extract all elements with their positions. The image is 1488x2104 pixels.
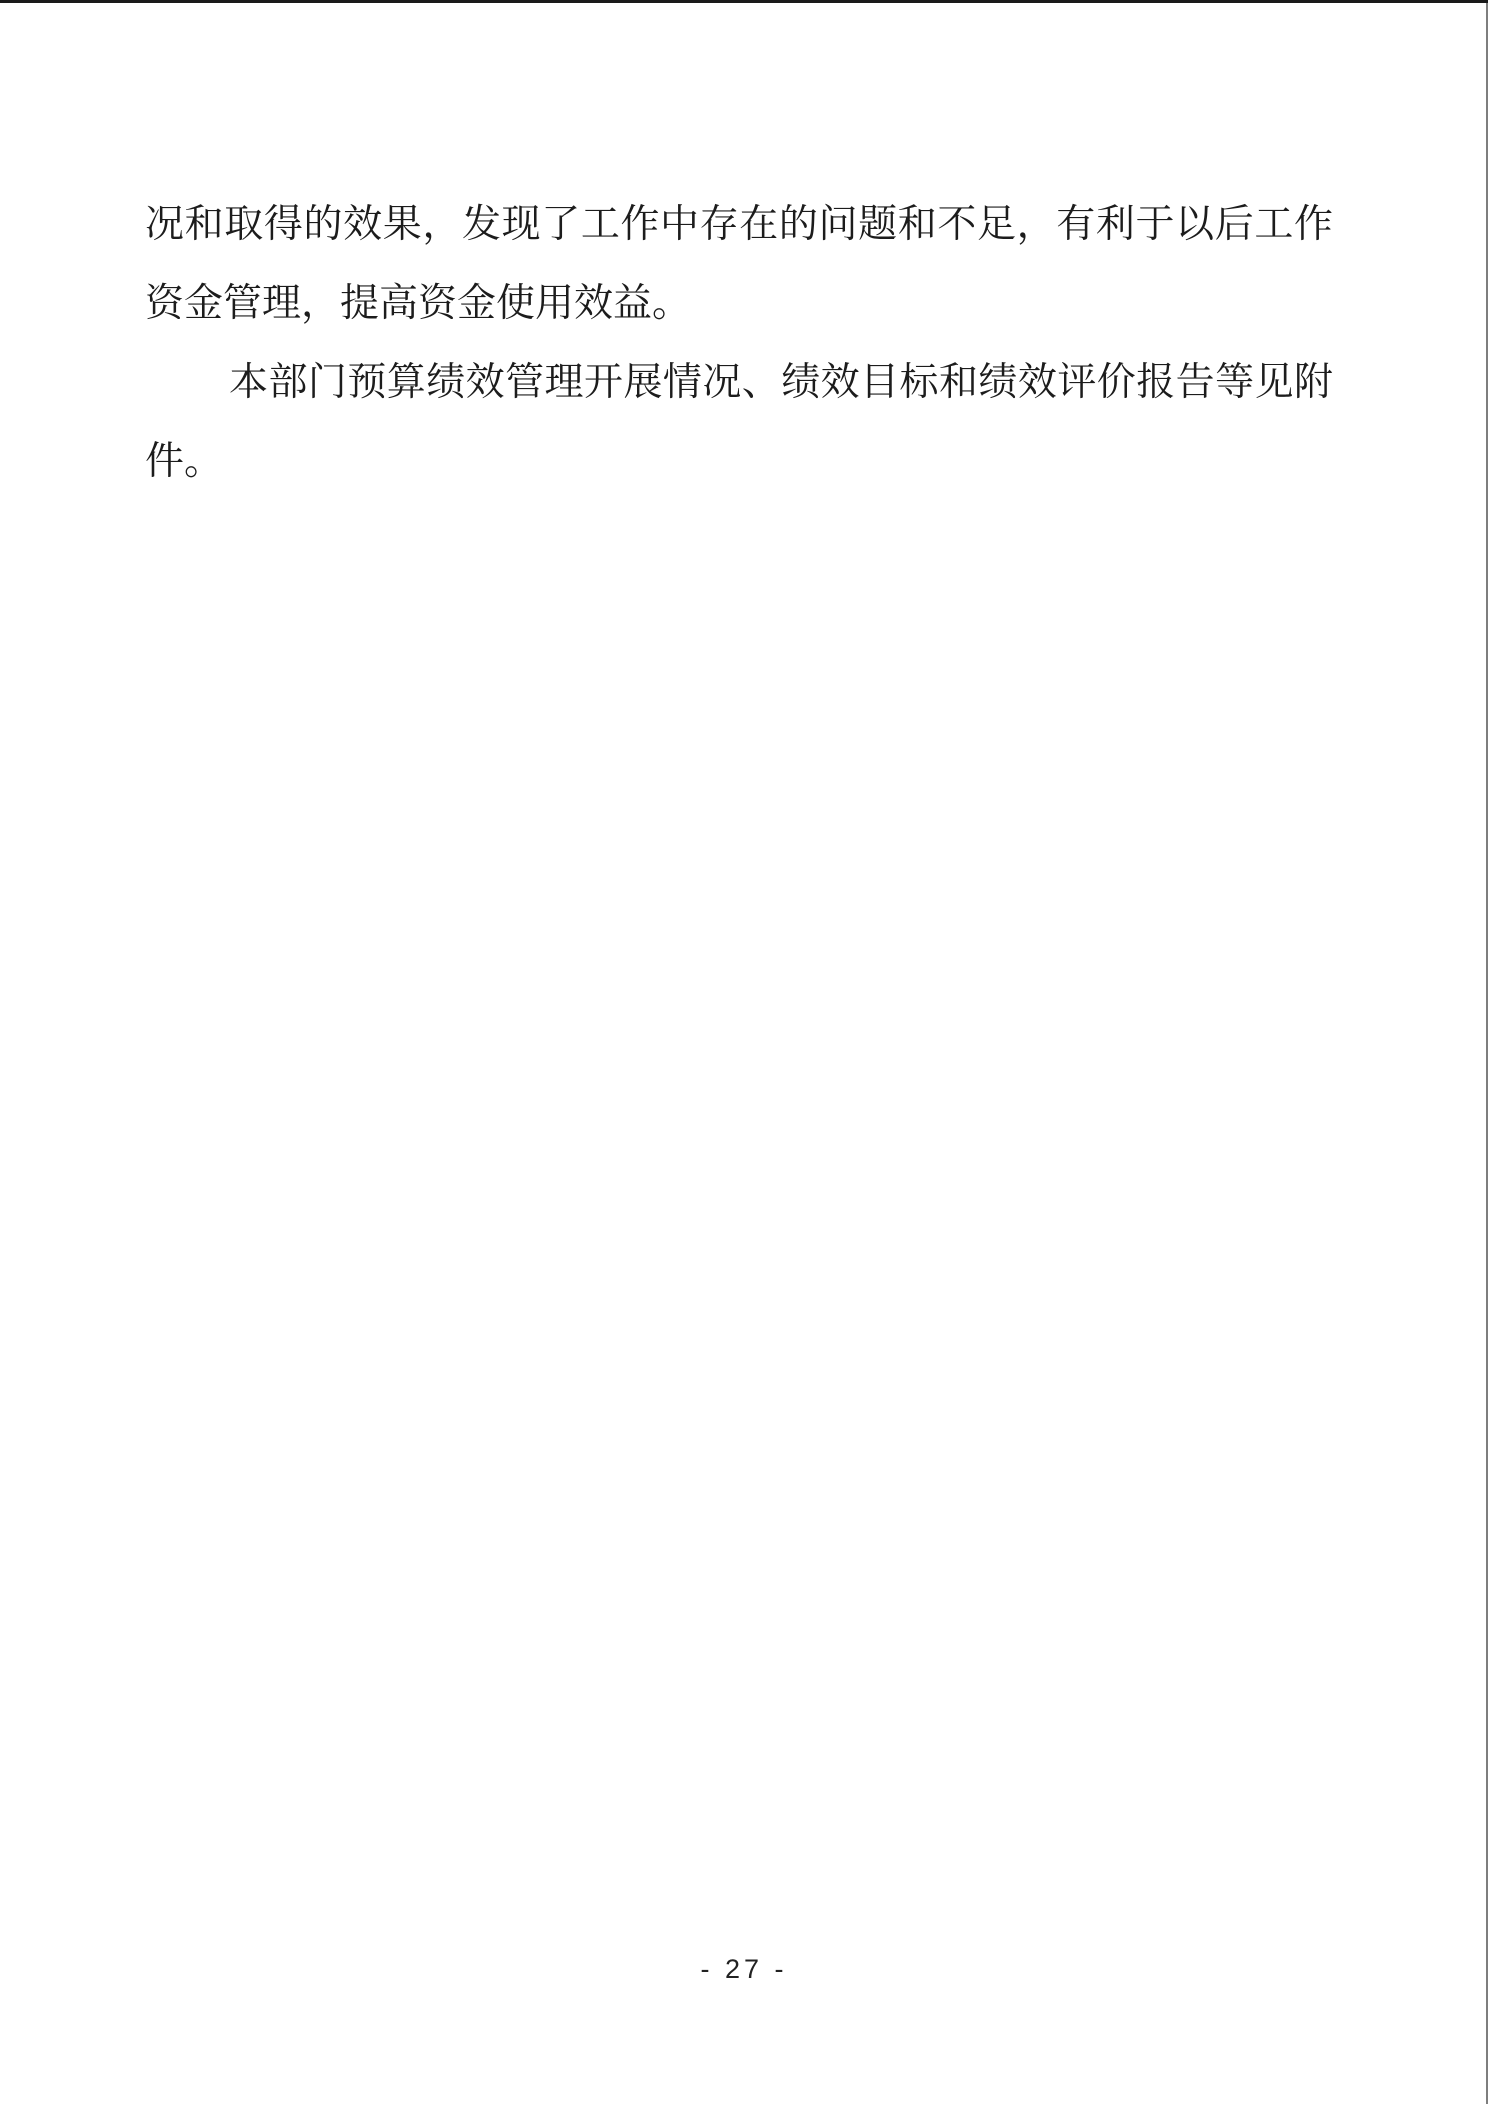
paragraph-line-3: 本部门预算绩效管理开展情况、绩效目标和绩效评价报告等见附 — [145, 343, 1333, 422]
top-edge-bar — [0, 0, 1488, 3]
document-body: 况和取得的效果，发现了工作中存在的问题和不足，有利于以后工作 资金管理，提高资金… — [145, 185, 1333, 501]
document-page: { "document": { "lines": [ "况和取得的效果，发现了工… — [0, 0, 1488, 2104]
paragraph-line-4: 件。 — [145, 422, 1333, 501]
page-number: - 27 - — [0, 1952, 1488, 1986]
paragraph-line-2: 资金管理，提高资金使用效益。 — [145, 264, 1333, 343]
paragraph-line-1: 况和取得的效果，发现了工作中存在的问题和不足，有利于以后工作 — [145, 185, 1333, 264]
